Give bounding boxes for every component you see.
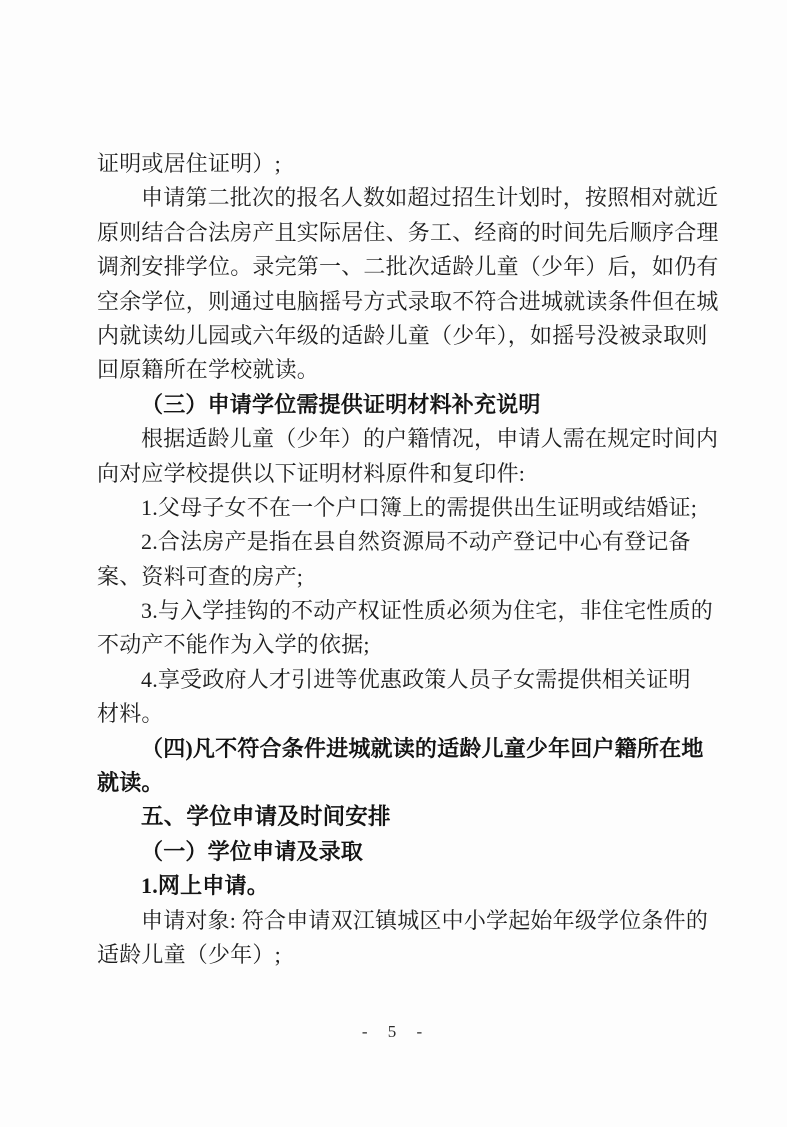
text-line: 案、资料可查的房产; bbox=[97, 560, 714, 594]
text-line: 不动产不能作为入学的依据; bbox=[97, 628, 714, 662]
list-item: 4.享受政府人才引进等优惠政策人员子女需提供相关证明 bbox=[97, 663, 714, 697]
text-line: 申请第二批次的报名人数如超过招生计划时，按照相对就近 bbox=[97, 181, 714, 215]
text-line: 申请对象: 符合申请双江镇城区中小学起始年级学位条件的 bbox=[97, 904, 714, 938]
list-item: 3.与入学挂钩的不动产权证性质必须为住宅，非住宅性质的 bbox=[97, 594, 714, 628]
page-number: - 5 - bbox=[0, 1022, 787, 1042]
section-heading: （四)凡不符合条件进城就读的适龄儿童少年回户籍所在地 bbox=[97, 732, 714, 766]
subsection-heading: 1.网上申请。 bbox=[97, 869, 714, 903]
text-line: 调剂安排学位。录完第一、二批次适龄儿童（少年）后，如仍有 bbox=[97, 250, 714, 284]
document-body: 证明或居住证明）; 申请第二批次的报名人数如超过招生计划时，按照相对就近 原则结… bbox=[97, 147, 714, 972]
text-line: 适龄儿童（少年）; bbox=[97, 938, 714, 972]
section-heading: 就读。 bbox=[97, 766, 714, 800]
text-line: 原则结合合法房产且实际居住、务工、经商的时间先后顺序合理 bbox=[97, 216, 714, 250]
text-line: 向对应学校提供以下证明材料原件和复印件: bbox=[97, 457, 714, 491]
section-heading: （一）学位申请及录取 bbox=[97, 835, 714, 869]
text-line: 空余学位，则通过电脑摇号方式录取不符合进城就读条件但在城 bbox=[97, 285, 714, 319]
chapter-heading: 五、学位申请及时间安排 bbox=[97, 800, 714, 834]
text-line: 证明或居住证明）; bbox=[97, 147, 714, 181]
list-item: 1.父母子女不在一个户口簿上的需提供出生证明或结婚证; bbox=[97, 491, 714, 525]
document-page: 证明或居住证明）; 申请第二批次的报名人数如超过招生计划时，按照相对就近 原则结… bbox=[0, 0, 787, 1127]
section-heading: （三）申请学位需提供证明材料补充说明 bbox=[97, 388, 714, 422]
text-line: 根据适龄儿童（少年）的户籍情况，申请人需在规定时间内 bbox=[97, 422, 714, 456]
text-line: 内就读幼儿园或六年级的适龄儿童（少年），如摇号没被录取则 bbox=[97, 319, 714, 353]
list-item: 2.合法房产是指在县自然资源局不动产登记中心有登记备 bbox=[97, 525, 714, 559]
text-line: 回原籍所在学校就读。 bbox=[97, 353, 714, 387]
text-line: 材料。 bbox=[97, 697, 714, 731]
